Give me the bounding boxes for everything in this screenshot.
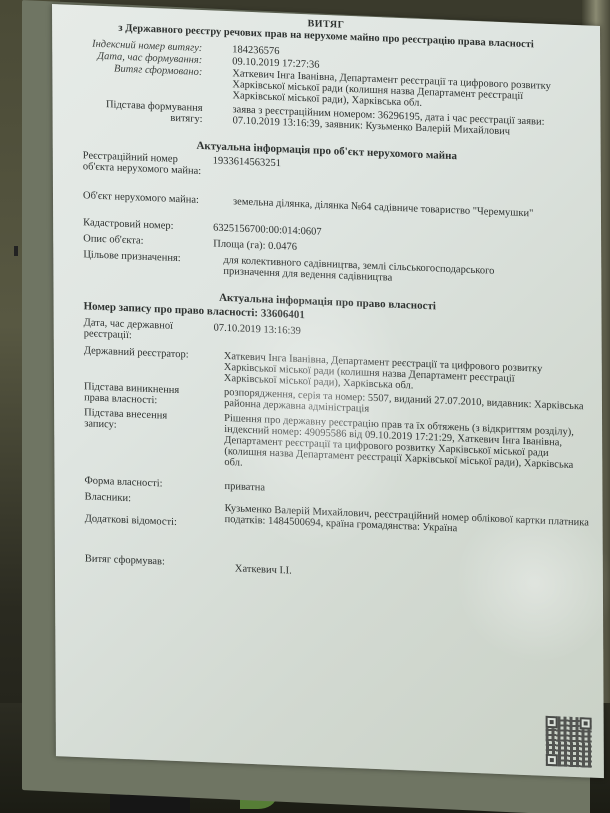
document-paper: ВИТЯГ з Державного реєстру речових прав …	[52, 4, 604, 778]
field-label: Підстава виникнення права власності:	[84, 381, 194, 407]
field-value: Хаткевич І.І.	[235, 563, 610, 589]
field-value: 07.10.2019 13:16:39	[214, 322, 594, 348]
field-label: Підстава формування витягу:	[82, 98, 202, 125]
field-value: земельна ділянка, ділянка №64 садівниче …	[233, 196, 610, 222]
field-value: Рішення про державну реєстрацію прав та …	[224, 413, 584, 482]
field-label: Об'єкт нерухомого майна:	[83, 190, 203, 206]
field-label: Дата, час державної реєстрації:	[84, 317, 194, 343]
field-label: Кадастровий номер:	[83, 217, 203, 233]
field-value: приватна	[224, 481, 604, 507]
field-label: Підстава внесення запису:	[84, 407, 194, 433]
field-label: Форма власності:	[84, 475, 204, 491]
field-label: Витяг сформував:	[85, 553, 205, 569]
field-label: Державний реєстратор:	[84, 345, 204, 361]
field-label: Реєстраційний номер об'єкта нерухомого м…	[83, 150, 203, 177]
field-label: Цільове призначення:	[83, 249, 203, 265]
field-label: Додаткові відомості:	[85, 513, 205, 529]
field-label: Опис об'єкта:	[83, 233, 203, 249]
qr-code-icon	[546, 716, 592, 768]
field-value: Кузьменко Валерій Михайлович, реєстрацій…	[225, 503, 595, 540]
document-mark	[14, 246, 18, 256]
field-label: Власники:	[85, 491, 205, 507]
